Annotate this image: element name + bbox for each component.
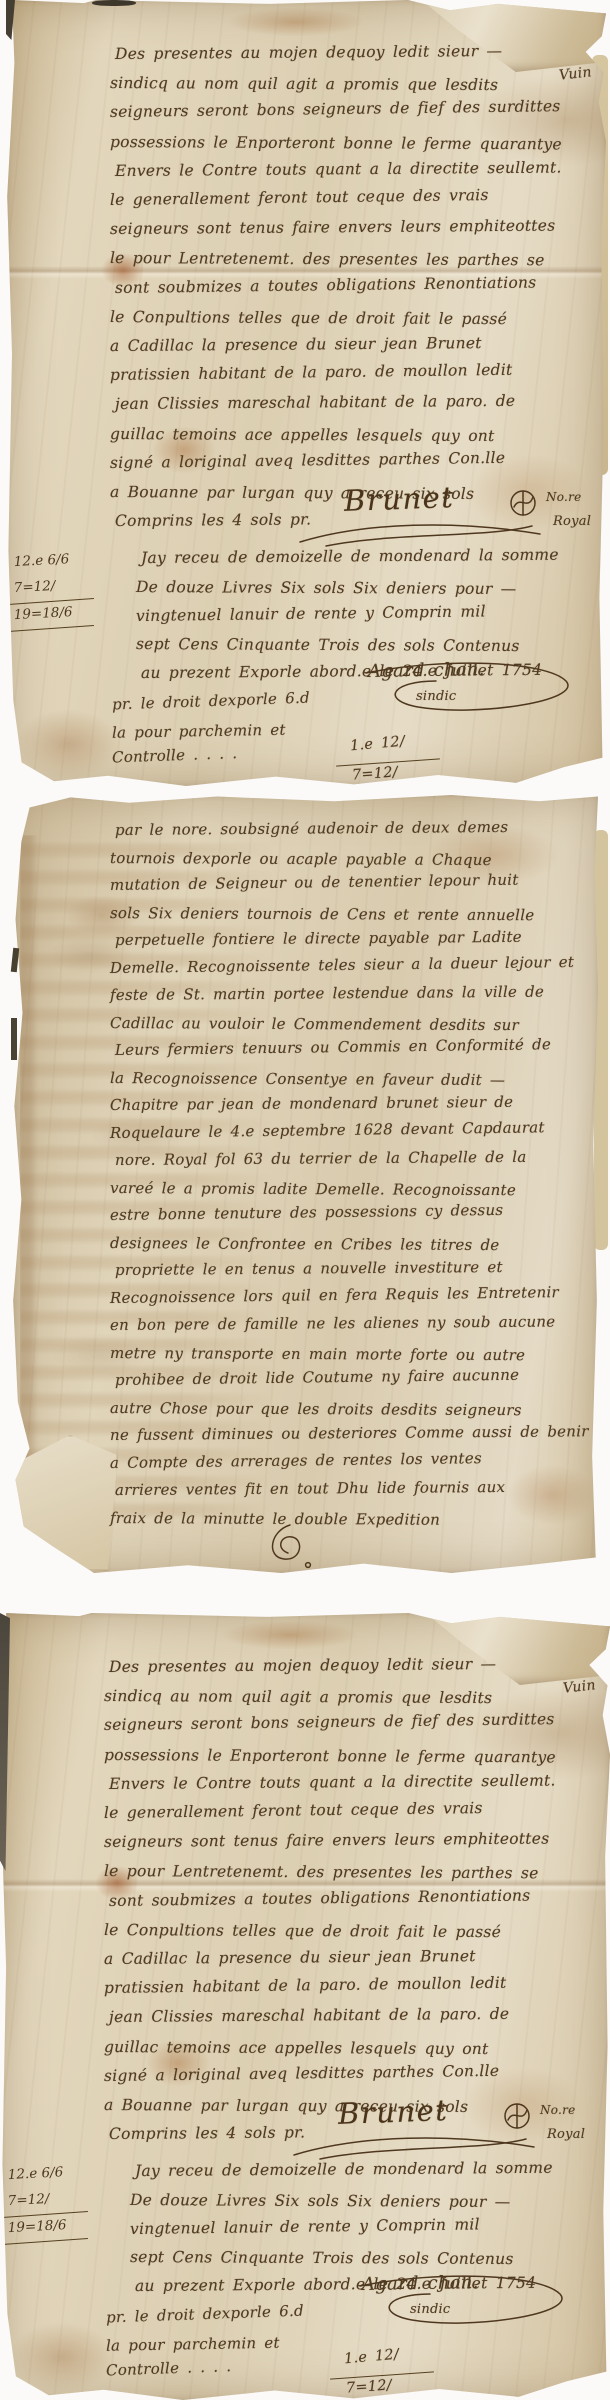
manuscript-line: Demelle. Recognoissente teles sieur a la…: [110, 948, 590, 982]
scanned-manuscript-photo: Vuin Des presentes au mojen dequoy ledit…: [0, 0, 610, 2400]
notarial-mark-icon: [500, 2099, 534, 2133]
manuscript-line: seigneurs sont tenus faire envers leurs …: [110, 212, 580, 245]
manuscript-line: Des presentes au mojen dequoy ledit sieu…: [115, 36, 580, 69]
margin-account-sums: 12.e 6/6 7=12/ 19=18/6: [8, 2165, 88, 2245]
fee-amount-total: 7=12/: [345, 2377, 392, 2396]
manuscript-line: feste de St. martin portee lestendue dan…: [110, 978, 590, 1009]
manuscript-line: prohibee de droit lide Coutume ny faire …: [115, 1361, 590, 1395]
manuscript-line: la pour parchemin et: [106, 2333, 304, 2354]
signature-title: No.re: [540, 2103, 575, 2117]
fees-note: pr. le droit dexporle 6.d la pour parche…: [112, 692, 310, 763]
manuscript-line: mutation de Seigneur ou de tenentier lep…: [110, 866, 590, 900]
manuscript-line: pr. le droit dexporle 6.d: [106, 2302, 304, 2327]
manuscript-line: jean Clissies mareschal habitant de la p…: [115, 387, 580, 420]
torn-edge-shadow: [92, 0, 136, 6]
signature-title: No.re: [546, 490, 581, 504]
manuscript-line: seigneurs sont tenus faire envers leurs …: [104, 1825, 574, 1858]
manuscript-line: le generallement feront tout ceque des v…: [110, 180, 580, 215]
deed-body-text: Des presentes au mojen dequoy ledit sieu…: [104, 1653, 574, 2149]
manuscript-line: sont soubmizes a toutes obligations Reno…: [115, 268, 580, 303]
manuscript-line: Jay receu de demoizelle de mondenard la …: [141, 540, 596, 572]
manuscript-line: vingtenuel lanuir de rente y Comprin mil: [130, 2209, 590, 2244]
manuscript-line: Controlle . . . .: [106, 2355, 304, 2380]
deed-body-text: par le nore. soubsigné audenoir de deux …: [110, 817, 590, 1532]
notary-paraph: [250, 1521, 334, 1571]
manuscript-line: pratissien habitant de la paro. de moull…: [104, 1968, 574, 2003]
manuscript-line: a Compte des arrerages de rentes los ven…: [110, 1443, 590, 1477]
fee-amount: 1.e 12/: [343, 2347, 399, 2368]
fee-amount-total: 7=12/: [351, 764, 398, 783]
manuscript-line: Roquelaure le 4.e septembre 1628 devant …: [110, 1113, 590, 1147]
manuscript-page-recto-duplicate: Vuin Des presentes au mojen dequoy ledit…: [0, 1613, 610, 2400]
torn-edge-shadow: [11, 1018, 17, 1060]
manuscript-line: arrieres ventes fit en tout Dhu lide fou…: [115, 1473, 590, 1504]
manuscript-line: la pour parchemin et: [112, 720, 310, 741]
fee-amount: 1.e 12/: [349, 734, 405, 755]
manuscript-line: sont soubmizes a toutes obligations Reno…: [109, 1881, 574, 1916]
signature-title: sindic: [416, 689, 456, 704]
manuscript-page-verso: par le nore. soubsigné audenoir de deux …: [12, 795, 598, 1573]
manuscript-line: le generallement feront tout ceque des v…: [104, 1793, 574, 1828]
manuscript-line: fraix de la minutte le double Expedition: [110, 1505, 590, 1535]
manuscript-line: pratissien habitant de la paro. de moull…: [110, 355, 580, 390]
manuscript-page-recto: Vuin Des presentes au mojen dequoy ledit…: [6, 0, 606, 786]
manuscript-line: signé a loriginal aveq lesdittes parthes…: [110, 443, 580, 478]
manuscript-line: vingtenuel lanuir de rente y Comprin mil: [136, 596, 596, 631]
manuscript-line: seigneurs seront bons seigneurs de fief …: [104, 1705, 574, 1740]
manuscript-line: Des presentes au mojen dequoy ledit sieu…: [109, 1649, 574, 1682]
manuscript-line: Recognoissence lors quil en fera Requis …: [110, 1278, 590, 1312]
deed-body-text: Des presentes au mojen dequoy ledit sieu…: [110, 40, 580, 536]
notary-signature: Brunet: [337, 2093, 448, 2131]
manuscript-line: en bon pere de famille ne les alienes ny…: [110, 1308, 590, 1339]
manuscript-line: jean Clissies mareschal habitant de la p…: [109, 2000, 574, 2033]
notary-signature: Brunet: [343, 480, 454, 518]
notarial-mark-icon: [506, 486, 540, 520]
manuscript-line: seigneurs seront bons seigneurs de fief …: [110, 92, 580, 127]
manuscript-line: Controlle . . . .: [112, 742, 310, 767]
manuscript-line: nore. Royal fol 63 du terrier de la Chap…: [115, 1143, 590, 1174]
manuscript-line: par le nore. soubsigné audenoir de deux …: [115, 813, 590, 844]
manuscript-line: Leurs fermiers tenuurs ou Commis en Conf…: [115, 1031, 590, 1065]
manuscript-line: pr. le droit dexporle 6.d: [112, 689, 310, 714]
margin-account-sums: 12.e 6/6 7=12/ 19=18/6: [14, 552, 94, 632]
signature-title: Royal: [553, 514, 591, 529]
torn-edge-shadow: [11, 948, 19, 972]
signature-flourish: [350, 2268, 588, 2334]
fees-note: pr. le droit dexporle 6.d la pour parche…: [106, 2305, 304, 2376]
signature-title: sindic: [410, 2302, 450, 2317]
manuscript-line: signé a loriginal aveq lesdittes parthes…: [104, 2056, 574, 2091]
manuscript-line: Jay receu de demoizelle de mondenard la …: [135, 2153, 590, 2185]
signature-title: Royal: [547, 2127, 585, 2142]
signature-flourish: [356, 655, 594, 721]
manuscript-line: estre bonne tenuture des possessions cy …: [110, 1196, 590, 1230]
